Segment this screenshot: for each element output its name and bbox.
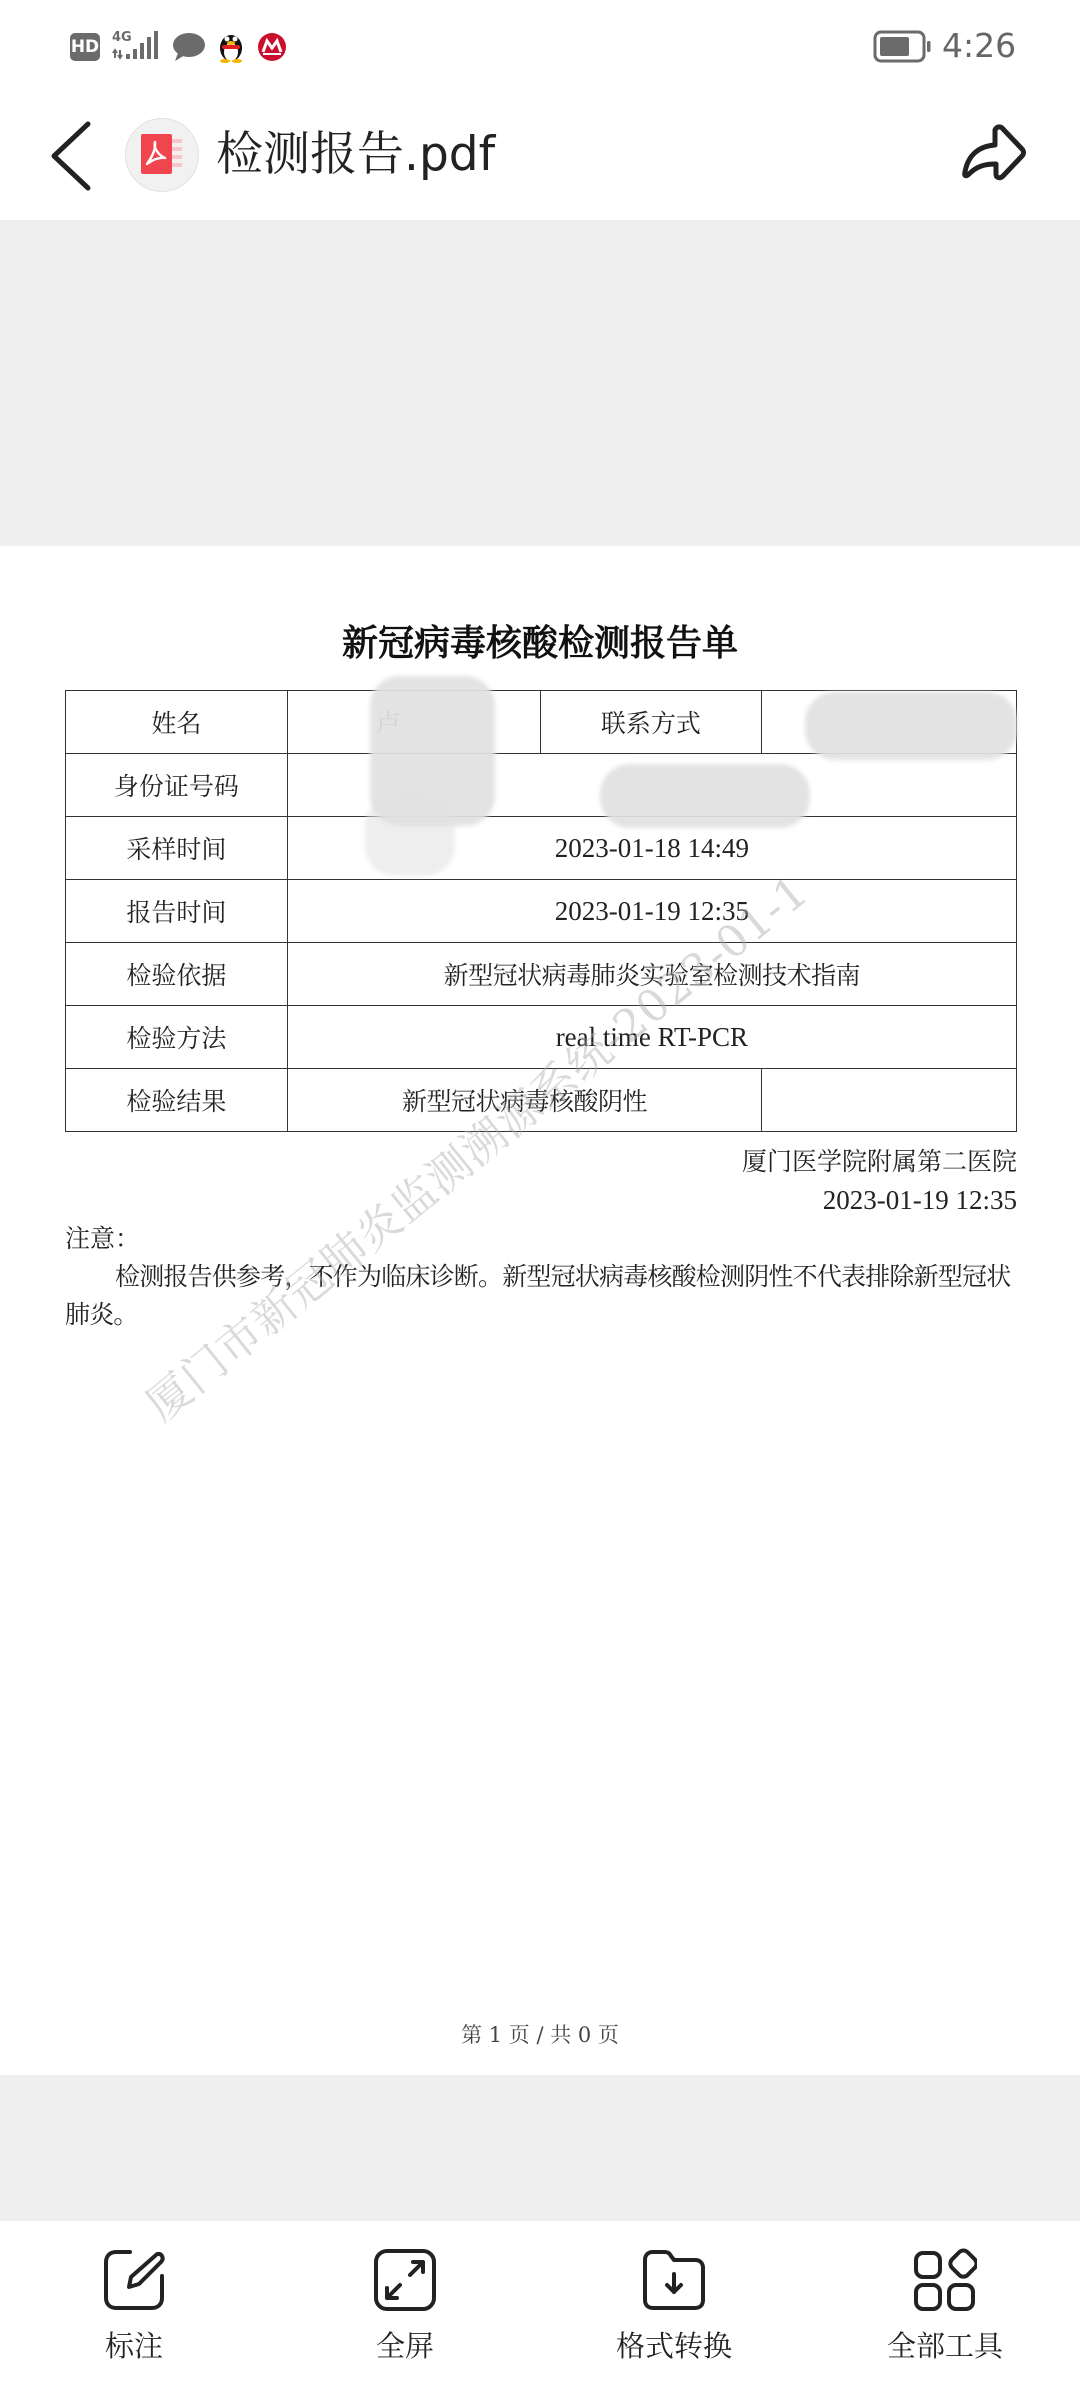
- format-convert-button[interactable]: 格式转换: [574, 2240, 774, 2380]
- table-row: 检验依据 新型冠状病毒肺炎实验室检测技术指南: [66, 943, 1017, 1006]
- table-row: 检验方法 real time RT-PCR: [66, 1006, 1017, 1069]
- fullscreen-button[interactable]: 全屏: [305, 2240, 505, 2380]
- value-test-result: 新型冠状病毒核酸阴性: [287, 1069, 762, 1132]
- viewer-background-bottom: [0, 2075, 1080, 2221]
- label-report-time: 报告时间: [66, 880, 288, 943]
- viewer-background-top: [0, 220, 1080, 546]
- redaction-contact: [805, 692, 1017, 760]
- fullscreen-icon: [373, 2248, 437, 2312]
- signal-4g-icon: 4G: [112, 28, 162, 64]
- pdf-file-icon: [125, 118, 199, 192]
- table-row: 报告时间 2023-01-19 12:35: [66, 880, 1017, 943]
- battery-icon: [873, 30, 933, 63]
- pdf-page[interactable]: 新冠病毒核酸检测报告单 姓名 卢 联系方式 身份证号码 采样时间 2023-01…: [0, 546, 1080, 2075]
- page-indicator: 第 1 页 / 共 0 页: [0, 2020, 1080, 2050]
- label-test-basis: 检验依据: [66, 943, 288, 1006]
- hd-voice-icon: HD: [70, 33, 100, 61]
- share-button[interactable]: [955, 120, 1031, 192]
- annotate-button[interactable]: 标注: [34, 2240, 234, 2380]
- annotate-icon: [102, 2248, 166, 2312]
- label-test-method: 检验方法: [66, 1006, 288, 1069]
- chevron-left-icon: [40, 120, 100, 192]
- value-test-result-extra: [762, 1069, 1017, 1132]
- back-button[interactable]: [40, 120, 100, 192]
- label-test-result: 检验结果: [66, 1069, 288, 1132]
- format-convert-label: 格式转换: [574, 2328, 774, 2364]
- all-tools-icon: [913, 2248, 977, 2312]
- value-report-time: 2023-01-19 12:35: [287, 880, 1016, 943]
- all-tools-button[interactable]: 全部工具: [845, 2240, 1045, 2380]
- document-title: 新冠病毒核酸检测报告单: [0, 620, 1080, 668]
- redaction-name-trail: [365, 796, 455, 876]
- cmb-bank-icon: [257, 32, 287, 62]
- file-title: 检测报告.pdf: [216, 124, 495, 186]
- label-sample-time: 采样时间: [66, 817, 288, 880]
- table-row: 采样时间 2023-01-18 14:49: [66, 817, 1017, 880]
- all-tools-label: 全部工具: [845, 2328, 1045, 2364]
- fullscreen-label: 全屏: [305, 2328, 505, 2364]
- label-name: 姓名: [66, 691, 288, 754]
- value-test-method: real time RT-PCR: [287, 1006, 1016, 1069]
- format-convert-icon: [641, 2248, 707, 2312]
- issuing-hospital: 厦门医学院附属第二医院: [742, 1144, 1017, 1180]
- clock-time: 4:26: [942, 24, 1016, 68]
- note-body: 检测报告供参考，不作为临床诊断。新型冠状病毒核酸检测阴性不代表排除新型冠状肺炎。: [65, 1258, 1020, 1334]
- note-label: 注意：: [65, 1221, 140, 1257]
- label-contact: 联系方式: [540, 691, 762, 754]
- table-row: 检验结果 新型冠状病毒核酸阴性: [66, 1069, 1017, 1132]
- status-bar: HD 4G: [0, 0, 1080, 92]
- issue-date: 2023-01-19 12:35: [823, 1182, 1017, 1218]
- label-id-number: 身份证号码: [66, 754, 288, 817]
- annotate-label: 标注: [34, 2328, 234, 2364]
- message-icon: [172, 32, 206, 62]
- table-row: 身份证号码: [66, 754, 1017, 817]
- qq-icon: [216, 28, 246, 64]
- value-test-basis: 新型冠状病毒肺炎实验室检测技术指南: [287, 943, 1016, 1006]
- redaction-id-number: [600, 764, 810, 828]
- share-icon: [955, 120, 1031, 192]
- svg-text:4G: 4G: [112, 30, 132, 45]
